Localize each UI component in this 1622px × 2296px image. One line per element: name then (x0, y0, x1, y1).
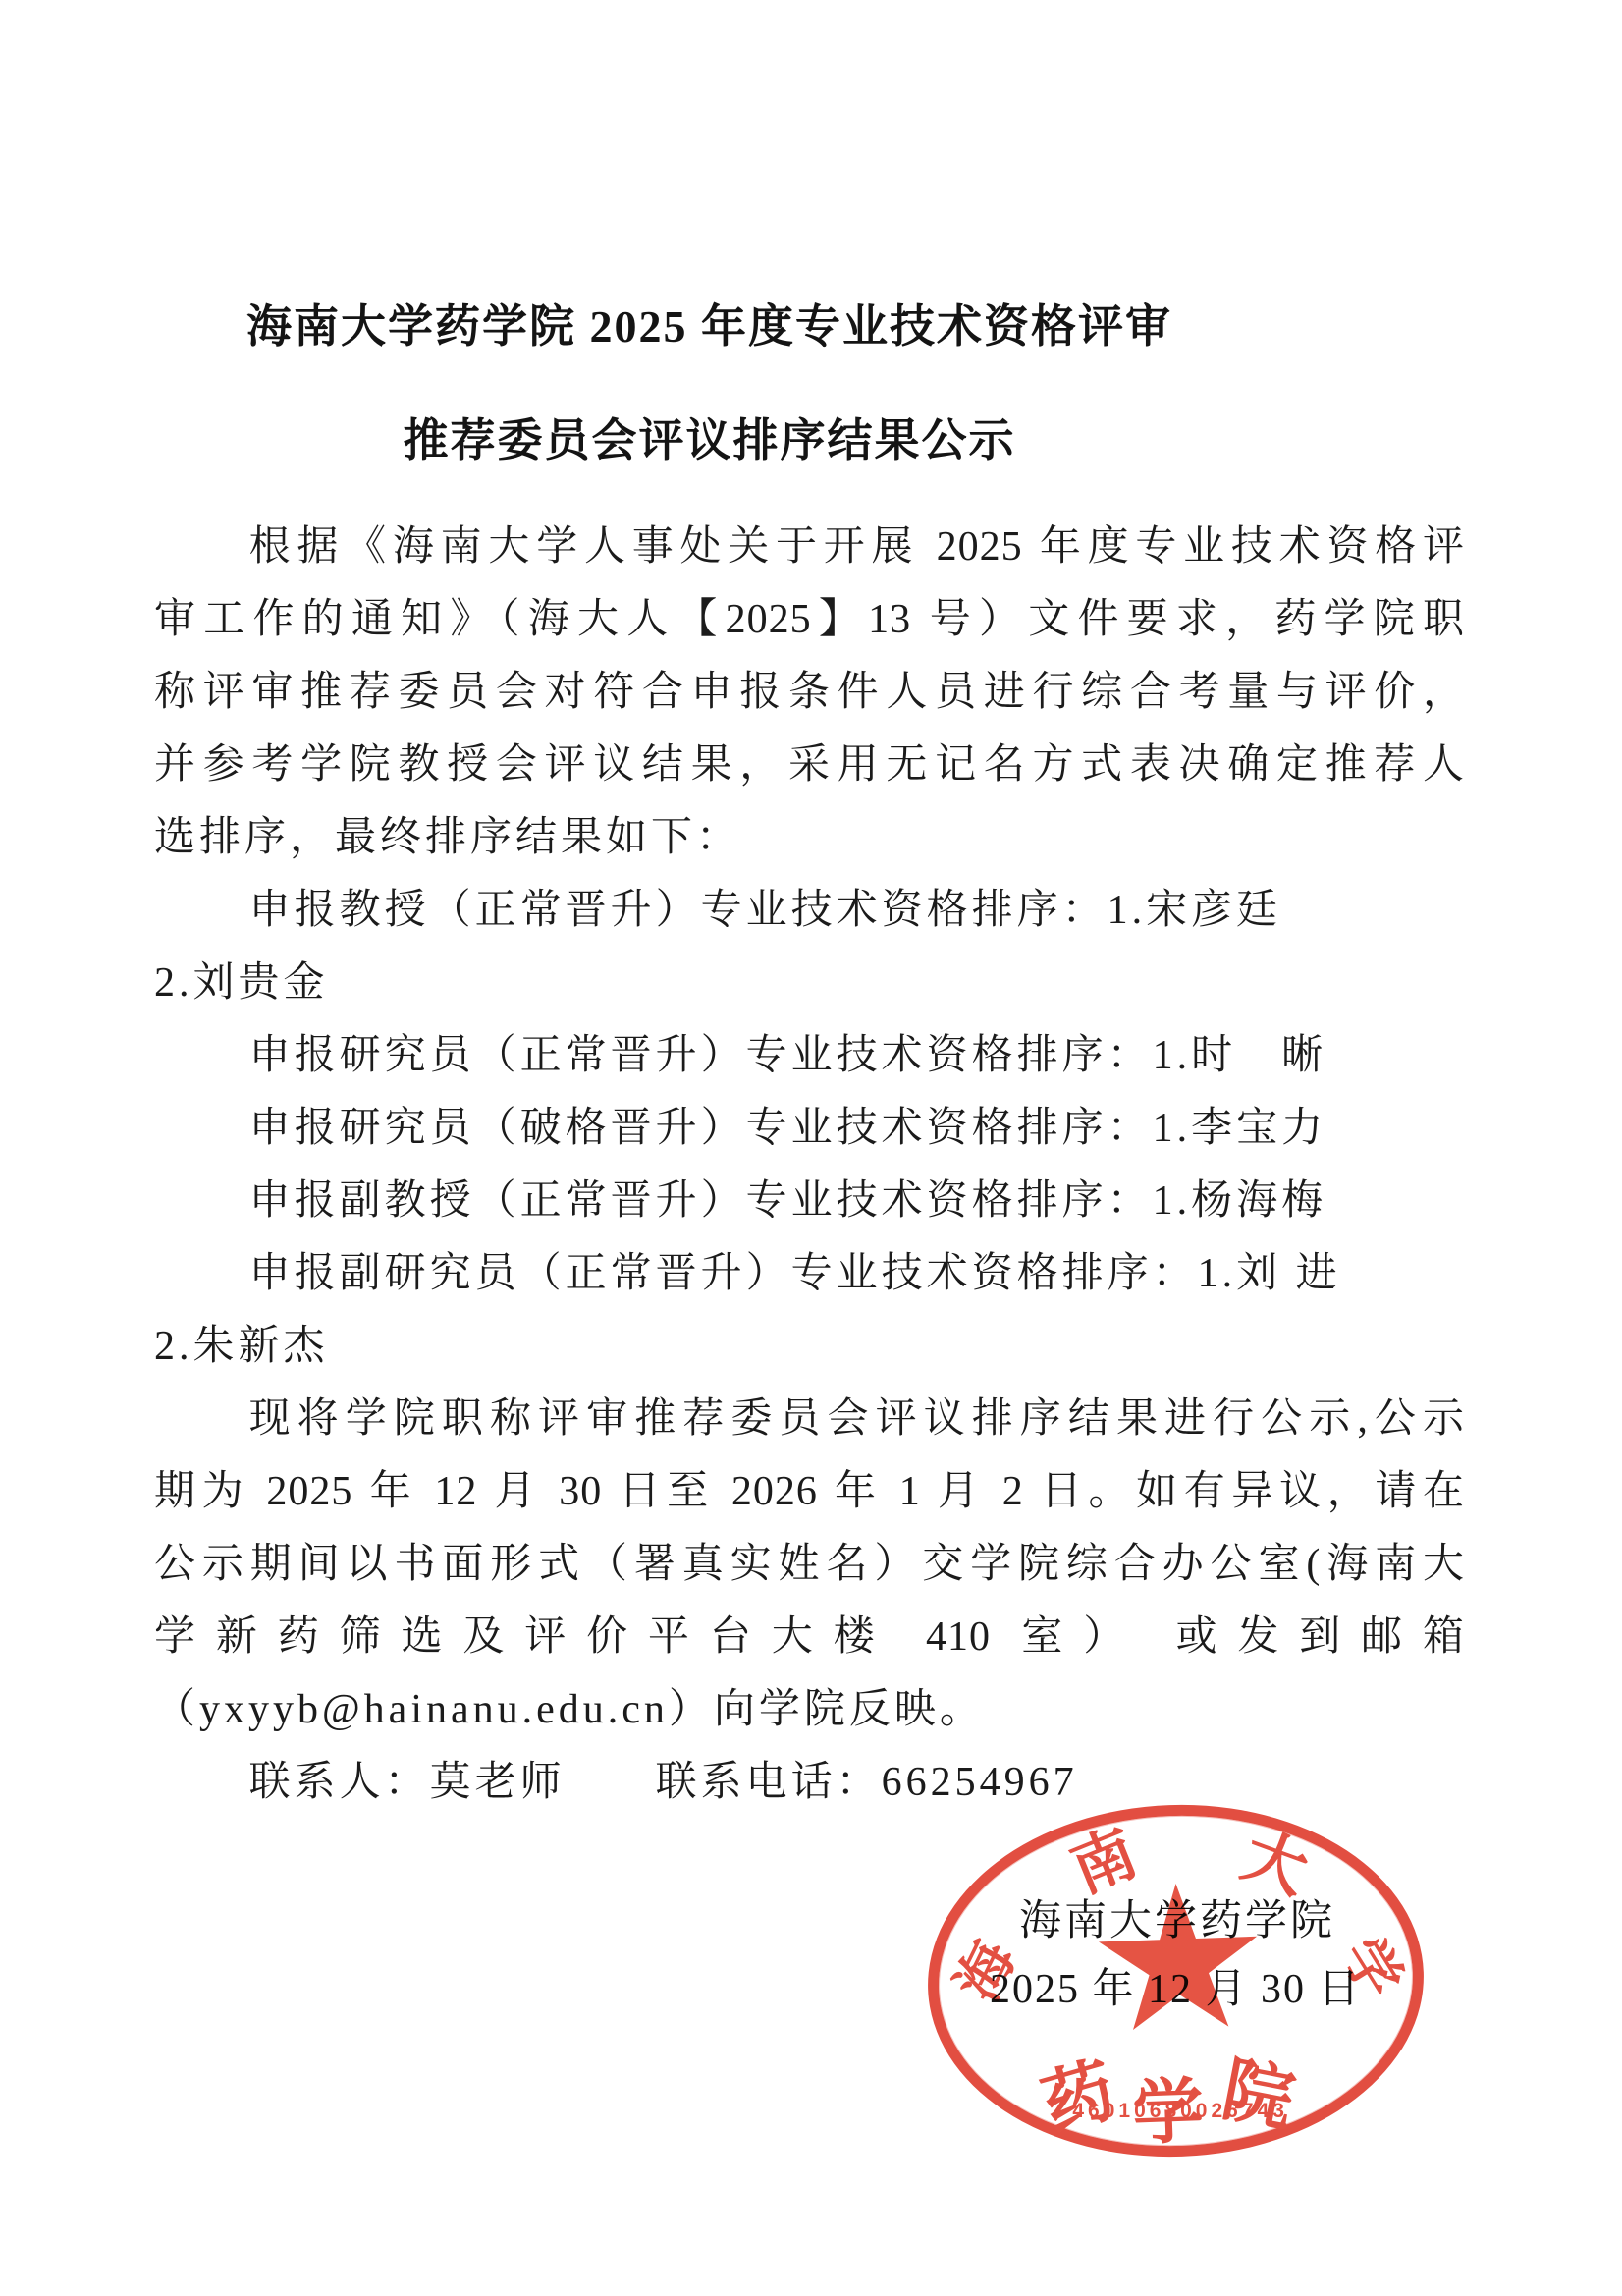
body-line: 称评审推荐委员会对符合申报条件人员进行综合考量与评价， (154, 656, 1465, 729)
body-line: 学新药筛选及评价平台大楼 410 室） 或发到邮箱 (154, 1601, 1465, 1673)
body-line: 申报副研究员（正常晋升）专业技术资格排序：1.刘 进 (154, 1237, 1465, 1310)
body-line: 申报副教授（正常晋升）专业技术资格排序：1.杨海梅 (154, 1165, 1465, 1237)
document-body: 根据《海南大学人事处关于开展 2025 年度专业技术资格评 审工作的通知》（海大… (154, 511, 1465, 1819)
body-line: 申报研究员（正常晋升）专业技术资格排序：1.时 晰 (154, 1019, 1465, 1092)
official-seal: 海 南 大 学 药 学 院 46010680026743 (922, 1796, 1430, 2164)
body-line: 2.朱新杰 (154, 1310, 1465, 1383)
seal-code: 46010680026743 (933, 2100, 1429, 2123)
document-title-line-1: 海南大学药学院 2025 年度专业技术资格评审 (152, 291, 1267, 355)
body-line: 选排序，最终排序结果如下： (154, 801, 1465, 874)
body-line: 期为 2025 年 12 月 30 日至 2026 年 1 月 2 日。如有异议… (154, 1455, 1465, 1528)
body-line: 公示期间以书面形式（署真实姓名）交学院综合办公室(海南大 (154, 1528, 1465, 1601)
body-line: 现将学院职称评审推荐委员会评议排序结果进行公示,公示 (154, 1383, 1465, 1455)
body-line: 并参考学院教授会评议结果，采用无记名方式表决确定推荐人 (154, 729, 1465, 801)
document-title-line-2: 推荐委员会评议排序结果公示 (152, 405, 1267, 469)
body-line: 2.刘贵金 (154, 947, 1465, 1019)
body-line: （yxyyb@hainanu.edu.cn）向学院反映。 (154, 1673, 1465, 1746)
body-line: 申报教授（正常晋升）专业技术资格排序：1.宋彦廷 (154, 874, 1465, 947)
body-line: 根据《海南大学人事处关于开展 2025 年度专业技术资格评 (154, 511, 1465, 583)
body-line: 审工作的通知》（海大人【2025】13 号）文件要求，药学院职 (154, 583, 1465, 656)
document-page: 海南大学药学院 2025 年度专业技术资格评审 推荐委员会评议排序结果公示 根据… (0, 0, 1622, 2296)
body-line: 申报研究员（破格晋升）专业技术资格排序：1.李宝力 (154, 1092, 1465, 1165)
